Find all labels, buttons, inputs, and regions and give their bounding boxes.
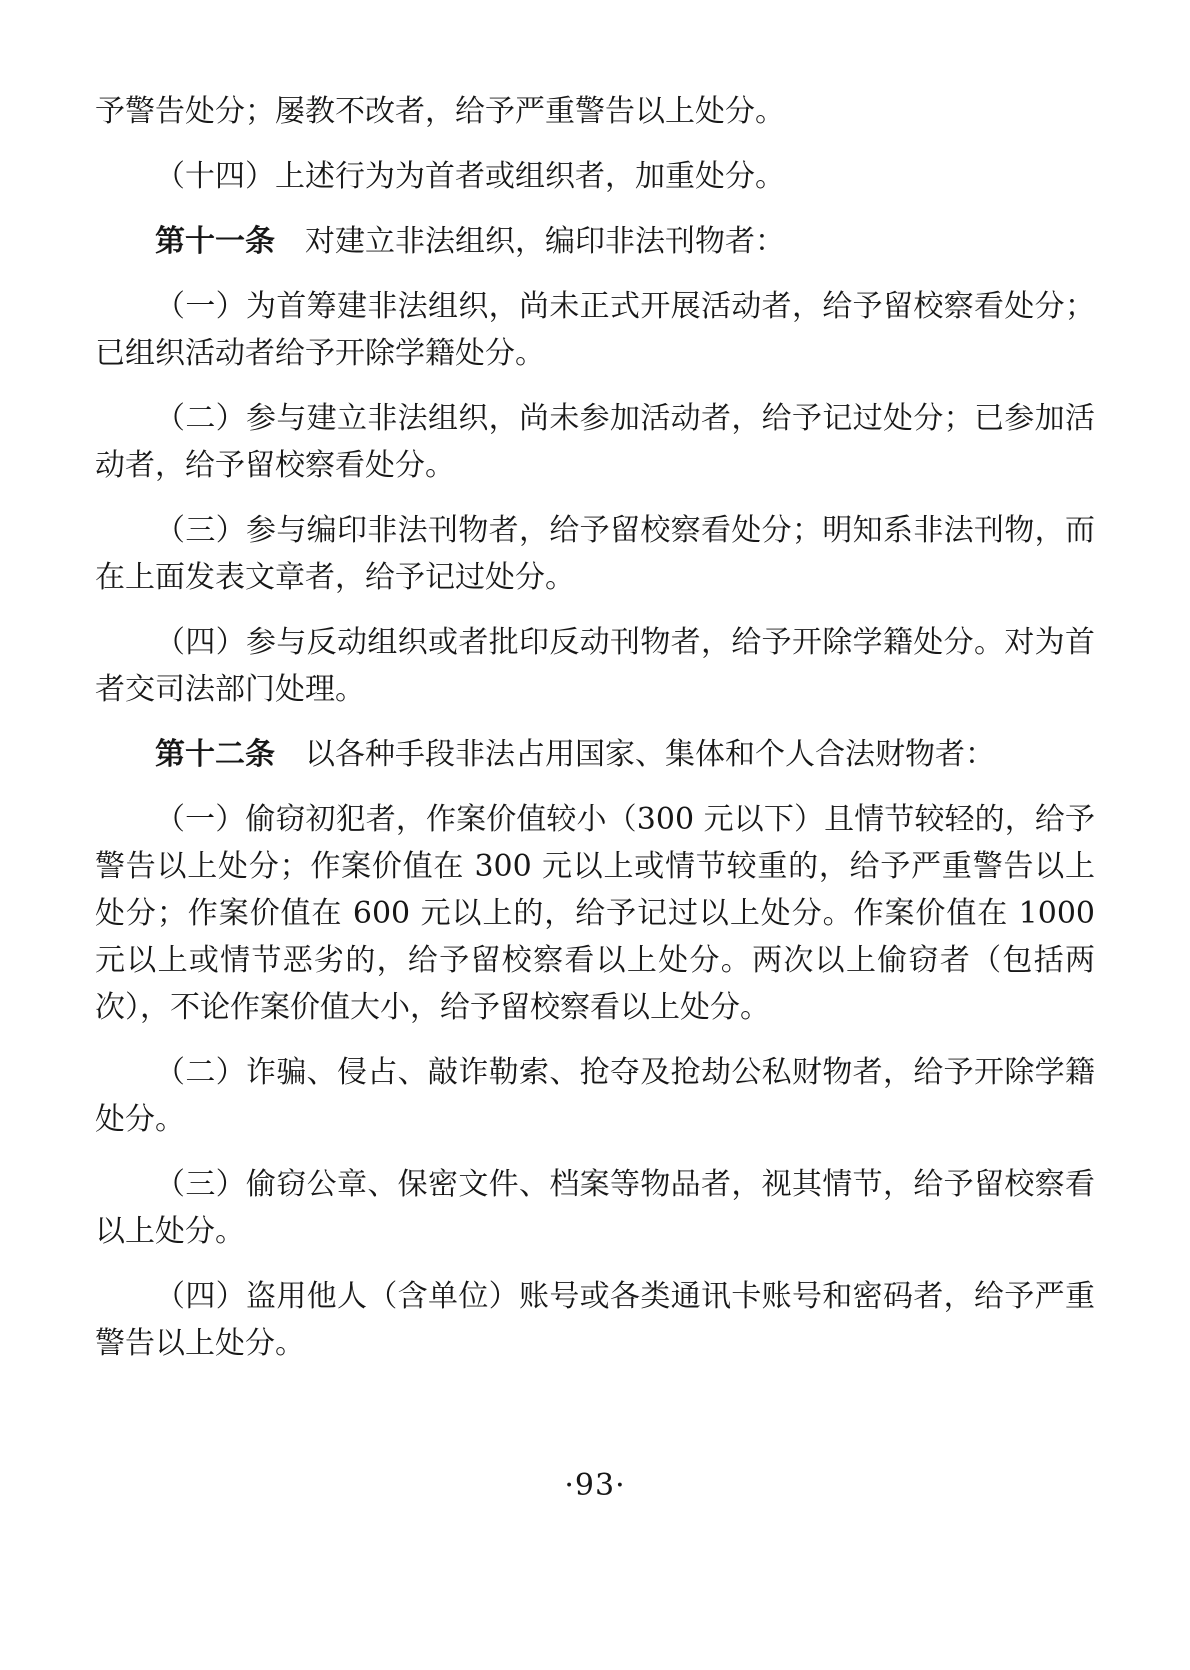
paragraph-text: （一）为首筹建非法组织，尚未正式开展活动者，给予留校察看处分；已组织活动者给予开… [95,289,1095,371]
paragraph: （二）参与建立非法组织，尚未参加活动者，给予记过处分；已参加活动者，给予留校察看… [95,395,1095,489]
paragraph-text: （一）偷窃初犯者，作案价值较小（300 元以下）且情节较轻的，给予警告以上处分；… [95,802,1095,1025]
paragraph-text: 以各种手段非法占用国家、集体和个人合法财物者： [275,737,995,772]
paragraph-text: （三）参与编印非法刊物者，给予留校察看处分；明知系非法刊物，而在上面发表文章者，… [95,513,1095,595]
document-page: 予警告处分；屡教不改者，给予严重警告以上处分。（十四）上述行为为首者或组织者，加… [0,0,1190,1670]
paragraph-text: 予警告处分；屡教不改者，给予严重警告以上处分。 [95,94,785,129]
paragraph: （三）偷窃公章、保密文件、档案等物品者，视其情节，给予留校察看以上处分。 [95,1161,1095,1255]
paragraph: 予警告处分；屡教不改者，给予严重警告以上处分。 [95,88,1095,135]
paragraph: （三）参与编印非法刊物者，给予留校察看处分；明知系非法刊物，而在上面发表文章者，… [95,507,1095,601]
paragraph: （十四）上述行为为首者或组织者，加重处分。 [95,153,1095,200]
paragraph: （二）诈骗、侵占、敲诈勒索、抢夺及抢劫公私财物者，给予开除学籍处分。 [95,1049,1095,1143]
paragraph: （一）偷窃初犯者，作案价值较小（300 元以下）且情节较轻的，给予警告以上处分；… [95,796,1095,1031]
paragraph-text: （四）盗用他人（含单位）账号或各类通讯卡账号和密码者，给予严重警告以上处分。 [95,1279,1095,1361]
article-heading: 第十一条 [155,224,275,259]
paragraph: （四）参与反动组织或者批印反动刊物者，给予开除学籍处分。对为首者交司法部门处理。 [95,619,1095,713]
paragraph-text: （二）诈骗、侵占、敲诈勒索、抢夺及抢劫公私财物者，给予开除学籍处分。 [95,1055,1095,1137]
paragraph: 第十一条 对建立非法组织，编印非法刊物者： [95,218,1095,265]
paragraph: 第十二条 以各种手段非法占用国家、集体和个人合法财物者： [95,731,1095,778]
paragraph: （四）盗用他人（含单位）账号或各类通讯卡账号和密码者，给予严重警告以上处分。 [95,1273,1095,1367]
document-body: 予警告处分；屡教不改者，给予严重警告以上处分。（十四）上述行为为首者或组织者，加… [95,88,1095,1385]
article-heading: 第十二条 [155,737,275,772]
page-number: ·93· [0,1468,1190,1503]
paragraph-text: 对建立非法组织，编印非法刊物者： [275,224,785,259]
paragraph-text: （二）参与建立非法组织，尚未参加活动者，给予记过处分；已参加活动者，给予留校察看… [95,401,1095,483]
paragraph-text: （四）参与反动组织或者批印反动刊物者，给予开除学籍处分。对为首者交司法部门处理。 [95,625,1095,707]
paragraph: （一）为首筹建非法组织，尚未正式开展活动者，给予留校察看处分；已组织活动者给予开… [95,283,1095,377]
paragraph-text: （三）偷窃公章、保密文件、档案等物品者，视其情节，给予留校察看以上处分。 [95,1167,1095,1249]
paragraph-text: （十四）上述行为为首者或组织者，加重处分。 [155,159,785,194]
